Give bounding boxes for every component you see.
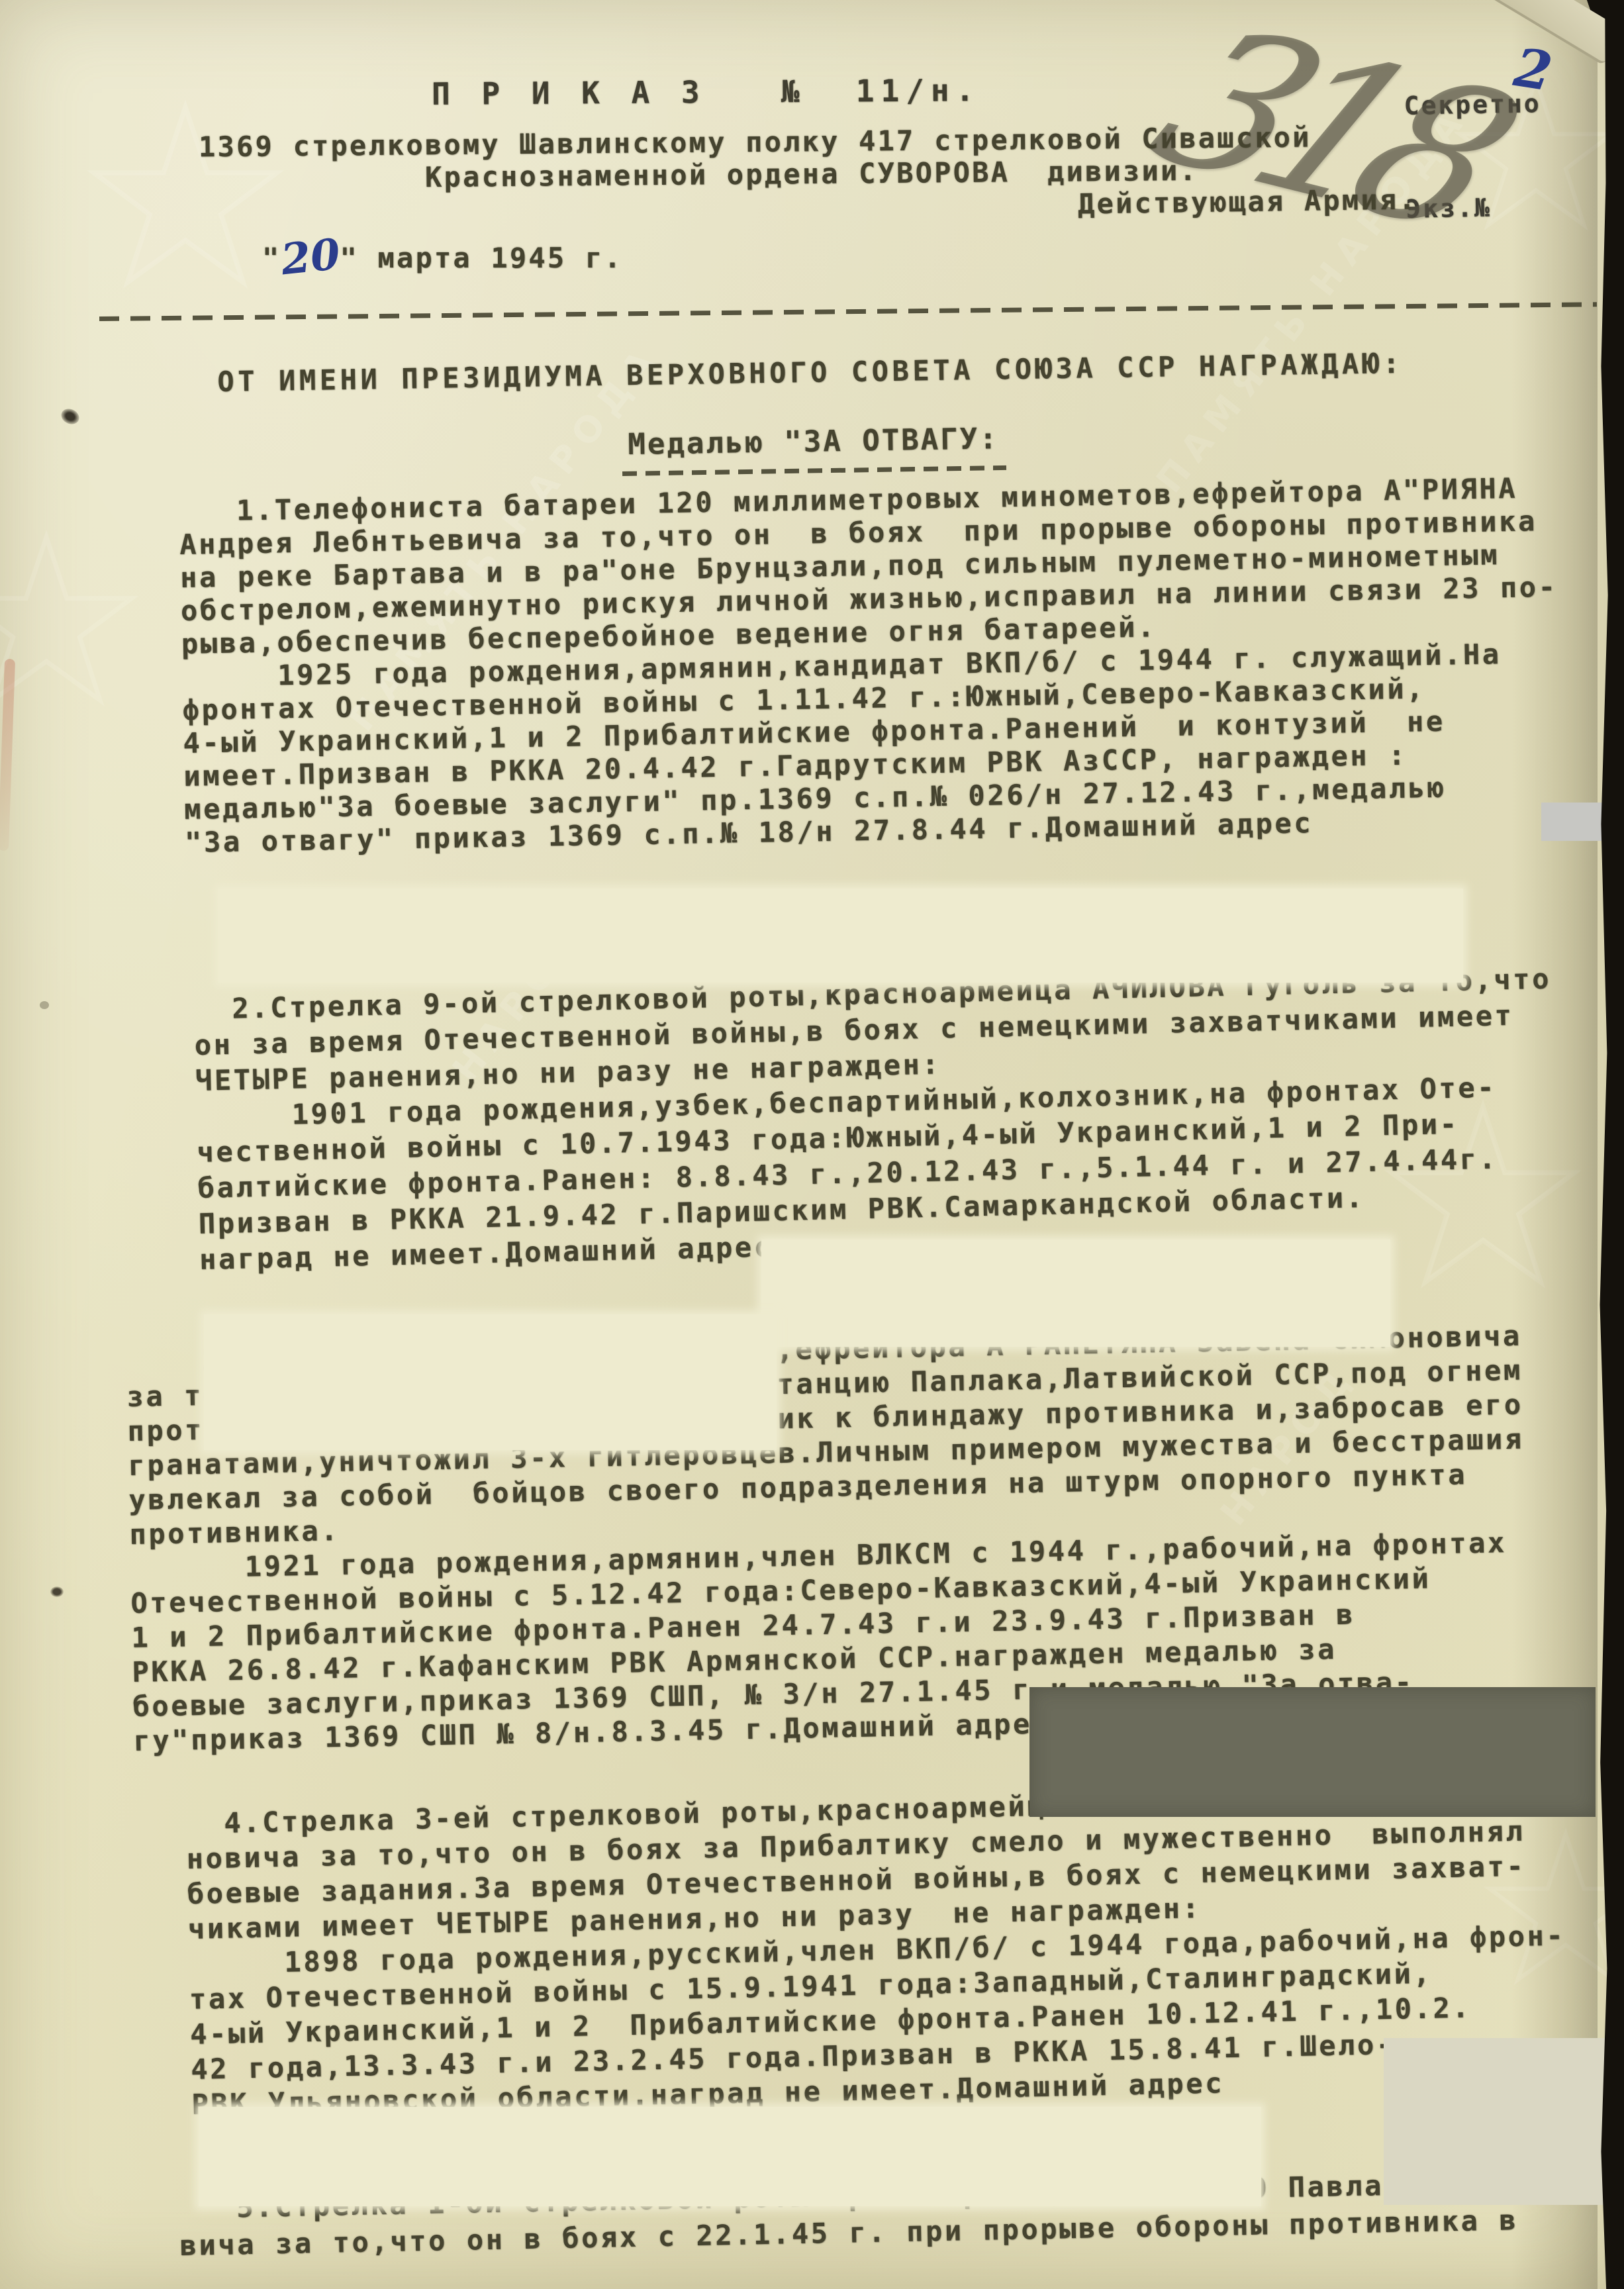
ink-blot: [59, 406, 82, 427]
date-day-handwritten: 20: [279, 230, 342, 285]
award-paragraph-4: 4.Стрелка 3-ей стрелковой роты,красноарм…: [185, 1777, 1568, 2121]
award-paragraph-1: 1.Телефониста батареи 120 миллиметровых …: [179, 471, 1562, 859]
ink-blot: [40, 1001, 49, 1009]
date-rest: " марта 1945 г.: [340, 242, 623, 274]
preamble-line: ОТ ИМЕНИ ПРЕЗИДИУМА ВЕРХОВНОГО СОВЕТА СО…: [217, 347, 1404, 398]
redaction-address-4a: [1384, 2038, 1605, 2205]
award-paragraph-2: 2.Стрелка 9-ой стрелковой роты,красноарм…: [193, 961, 1557, 1277]
army-note: Действующая Армия.: [1078, 183, 1417, 220]
document-page: ПАМЯТЬ НАРОДА НАРОД ПАМЯТЬ НАРОДА НАРОД …: [0, 0, 1624, 2289]
redaction-edge-gray-block: [1541, 803, 1602, 841]
scan-background-edge: [1582, 0, 1624, 2289]
redaction-address-4b: [199, 2107, 1261, 2206]
redaction-address-2a: [761, 1240, 1390, 1347]
order-title: П Р И К А З № 11/н.: [432, 72, 981, 112]
watermark-star-icon: [0, 530, 139, 715]
redaction-address-1: [218, 889, 1463, 983]
redaction-address-2b: [204, 1314, 777, 1450]
date-line: "20" марта 1945 г.: [187, 196, 623, 311]
ink-blot: [50, 1586, 64, 1597]
date-open-quote: ": [262, 242, 281, 274]
paper-stain: [0, 659, 15, 851]
redaction-address-3: [1029, 1687, 1596, 1817]
medal-line: Медалью "ЗА ОТВАГУ:: [628, 422, 999, 462]
medal-underline: [622, 465, 1006, 476]
